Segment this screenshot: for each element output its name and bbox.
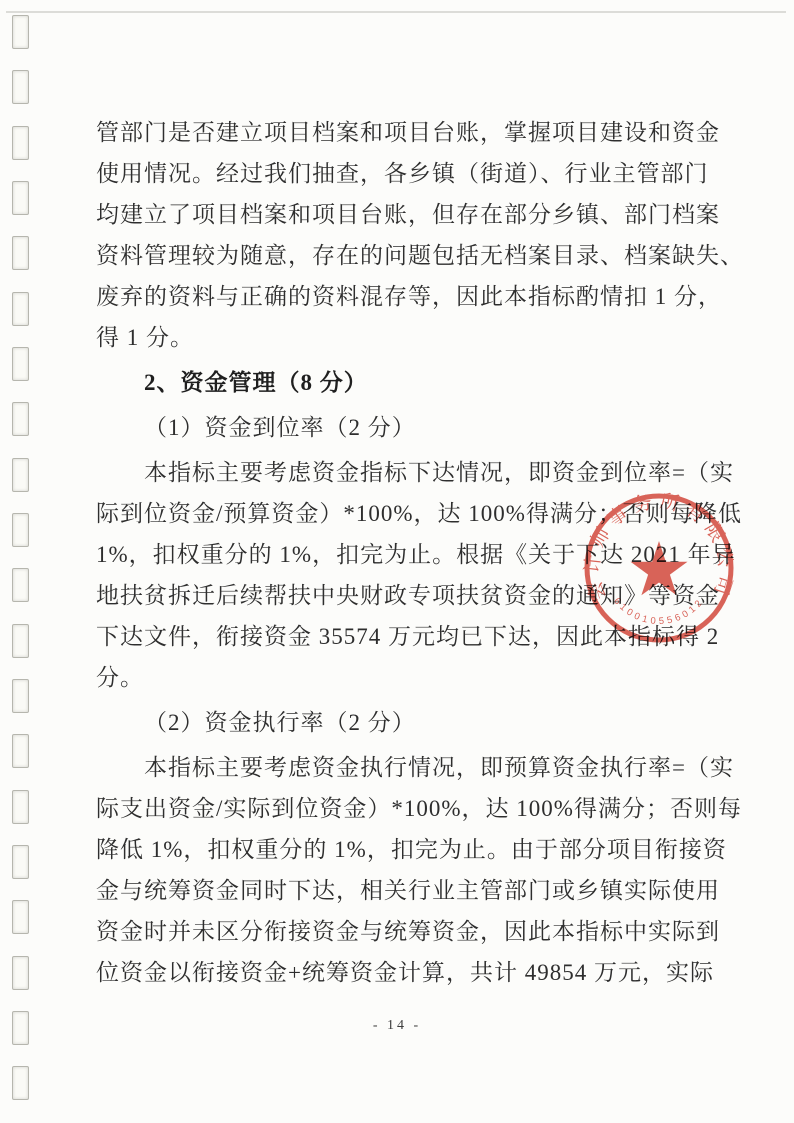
binding-hole <box>12 513 29 547</box>
body-line: 管部门是否建立项目档案和项目台账，掌握项目建设和资金 <box>96 112 736 153</box>
binding-hole <box>12 1066 29 1100</box>
binding-hole <box>12 624 29 658</box>
body-line: 金与统筹资金同时下达，相关行业主管部门或乡镇实际使用 <box>96 870 736 911</box>
body-line: 本指标主要考虑资金指标下达情况，即资金到位率=（实 <box>96 452 736 493</box>
body-line: 际支出资金/实际到位资金）*100%，达 100%得满分；否则每 <box>96 788 736 829</box>
paragraph-fund-execution-rate: 本指标主要考虑资金执行情况，即预算资金执行率=（实 际支出资金/实际到位资金）*… <box>96 747 736 993</box>
binding-hole <box>12 679 29 713</box>
binding-hole <box>12 236 29 270</box>
binding-hole <box>12 70 29 104</box>
body-line: 位资金以衔接资金+统筹资金计算，共计 49854 万元，实际 <box>96 952 736 993</box>
binding-hole <box>12 347 29 381</box>
body-line: 资金时并未区分衔接资金与统筹资金，因此本指标中实际到 <box>96 911 736 952</box>
binding-hole <box>12 734 29 768</box>
seal-serial-number: 610010556012 <box>611 596 707 627</box>
body-line: 均建立了项目档案和项目台账，但存在部分乡镇、部门档案 <box>96 194 736 235</box>
subheading-fund-execution-rate: （2）资金执行率（2 分） <box>96 702 736 743</box>
body-line: 得 1 分。 <box>96 317 736 358</box>
binding-hole <box>12 458 29 492</box>
body-line: 废弃的资料与正确的资料混存等，因此本指标酌情扣 1 分， <box>96 276 736 317</box>
page-number: - 14 - <box>0 1018 794 1034</box>
binding-hole <box>12 181 29 215</box>
seal-star-icon <box>631 541 688 595</box>
binding-hole <box>12 15 29 49</box>
section-heading-fund-management: 2、资金管理（8 分） <box>96 362 736 403</box>
scan-edge-line <box>6 11 786 13</box>
body-line: 降低 1%，扣权重分的 1%，扣完为止。由于部分项目衔接资 <box>96 829 736 870</box>
body-line: 分。 <box>96 657 736 698</box>
binding-hole <box>12 292 29 326</box>
body-line: 本指标主要考虑资金执行情况，即预算资金执行率=（实 <box>96 747 736 788</box>
binding-hole <box>12 402 29 436</box>
subheading-fund-arrival-rate: （1）资金到位率（2 分） <box>96 407 736 448</box>
binding-hole <box>12 956 29 990</box>
binding-hole <box>12 845 29 879</box>
binding-hole <box>12 900 29 934</box>
binding-hole <box>12 790 29 824</box>
binding-hole <box>12 126 29 160</box>
body-line: 使用情况。经过我们抽查，各乡镇（街道）、行业主管部门 <box>96 153 736 194</box>
body-line: 资料管理较为随意，存在的问题包括无档案目录、档案缺失、 <box>96 235 736 276</box>
company-seal: 会计师事务所有限公司 610010556012 <box>580 489 738 647</box>
binding-hole <box>12 568 29 602</box>
document-page: 管部门是否建立项目档案和项目台账，掌握项目建设和资金 使用情况。经过我们抽查，各… <box>0 0 794 1123</box>
paragraph-archive-management: 管部门是否建立项目档案和项目台账，掌握项目建设和资金 使用情况。经过我们抽查，各… <box>96 112 736 358</box>
